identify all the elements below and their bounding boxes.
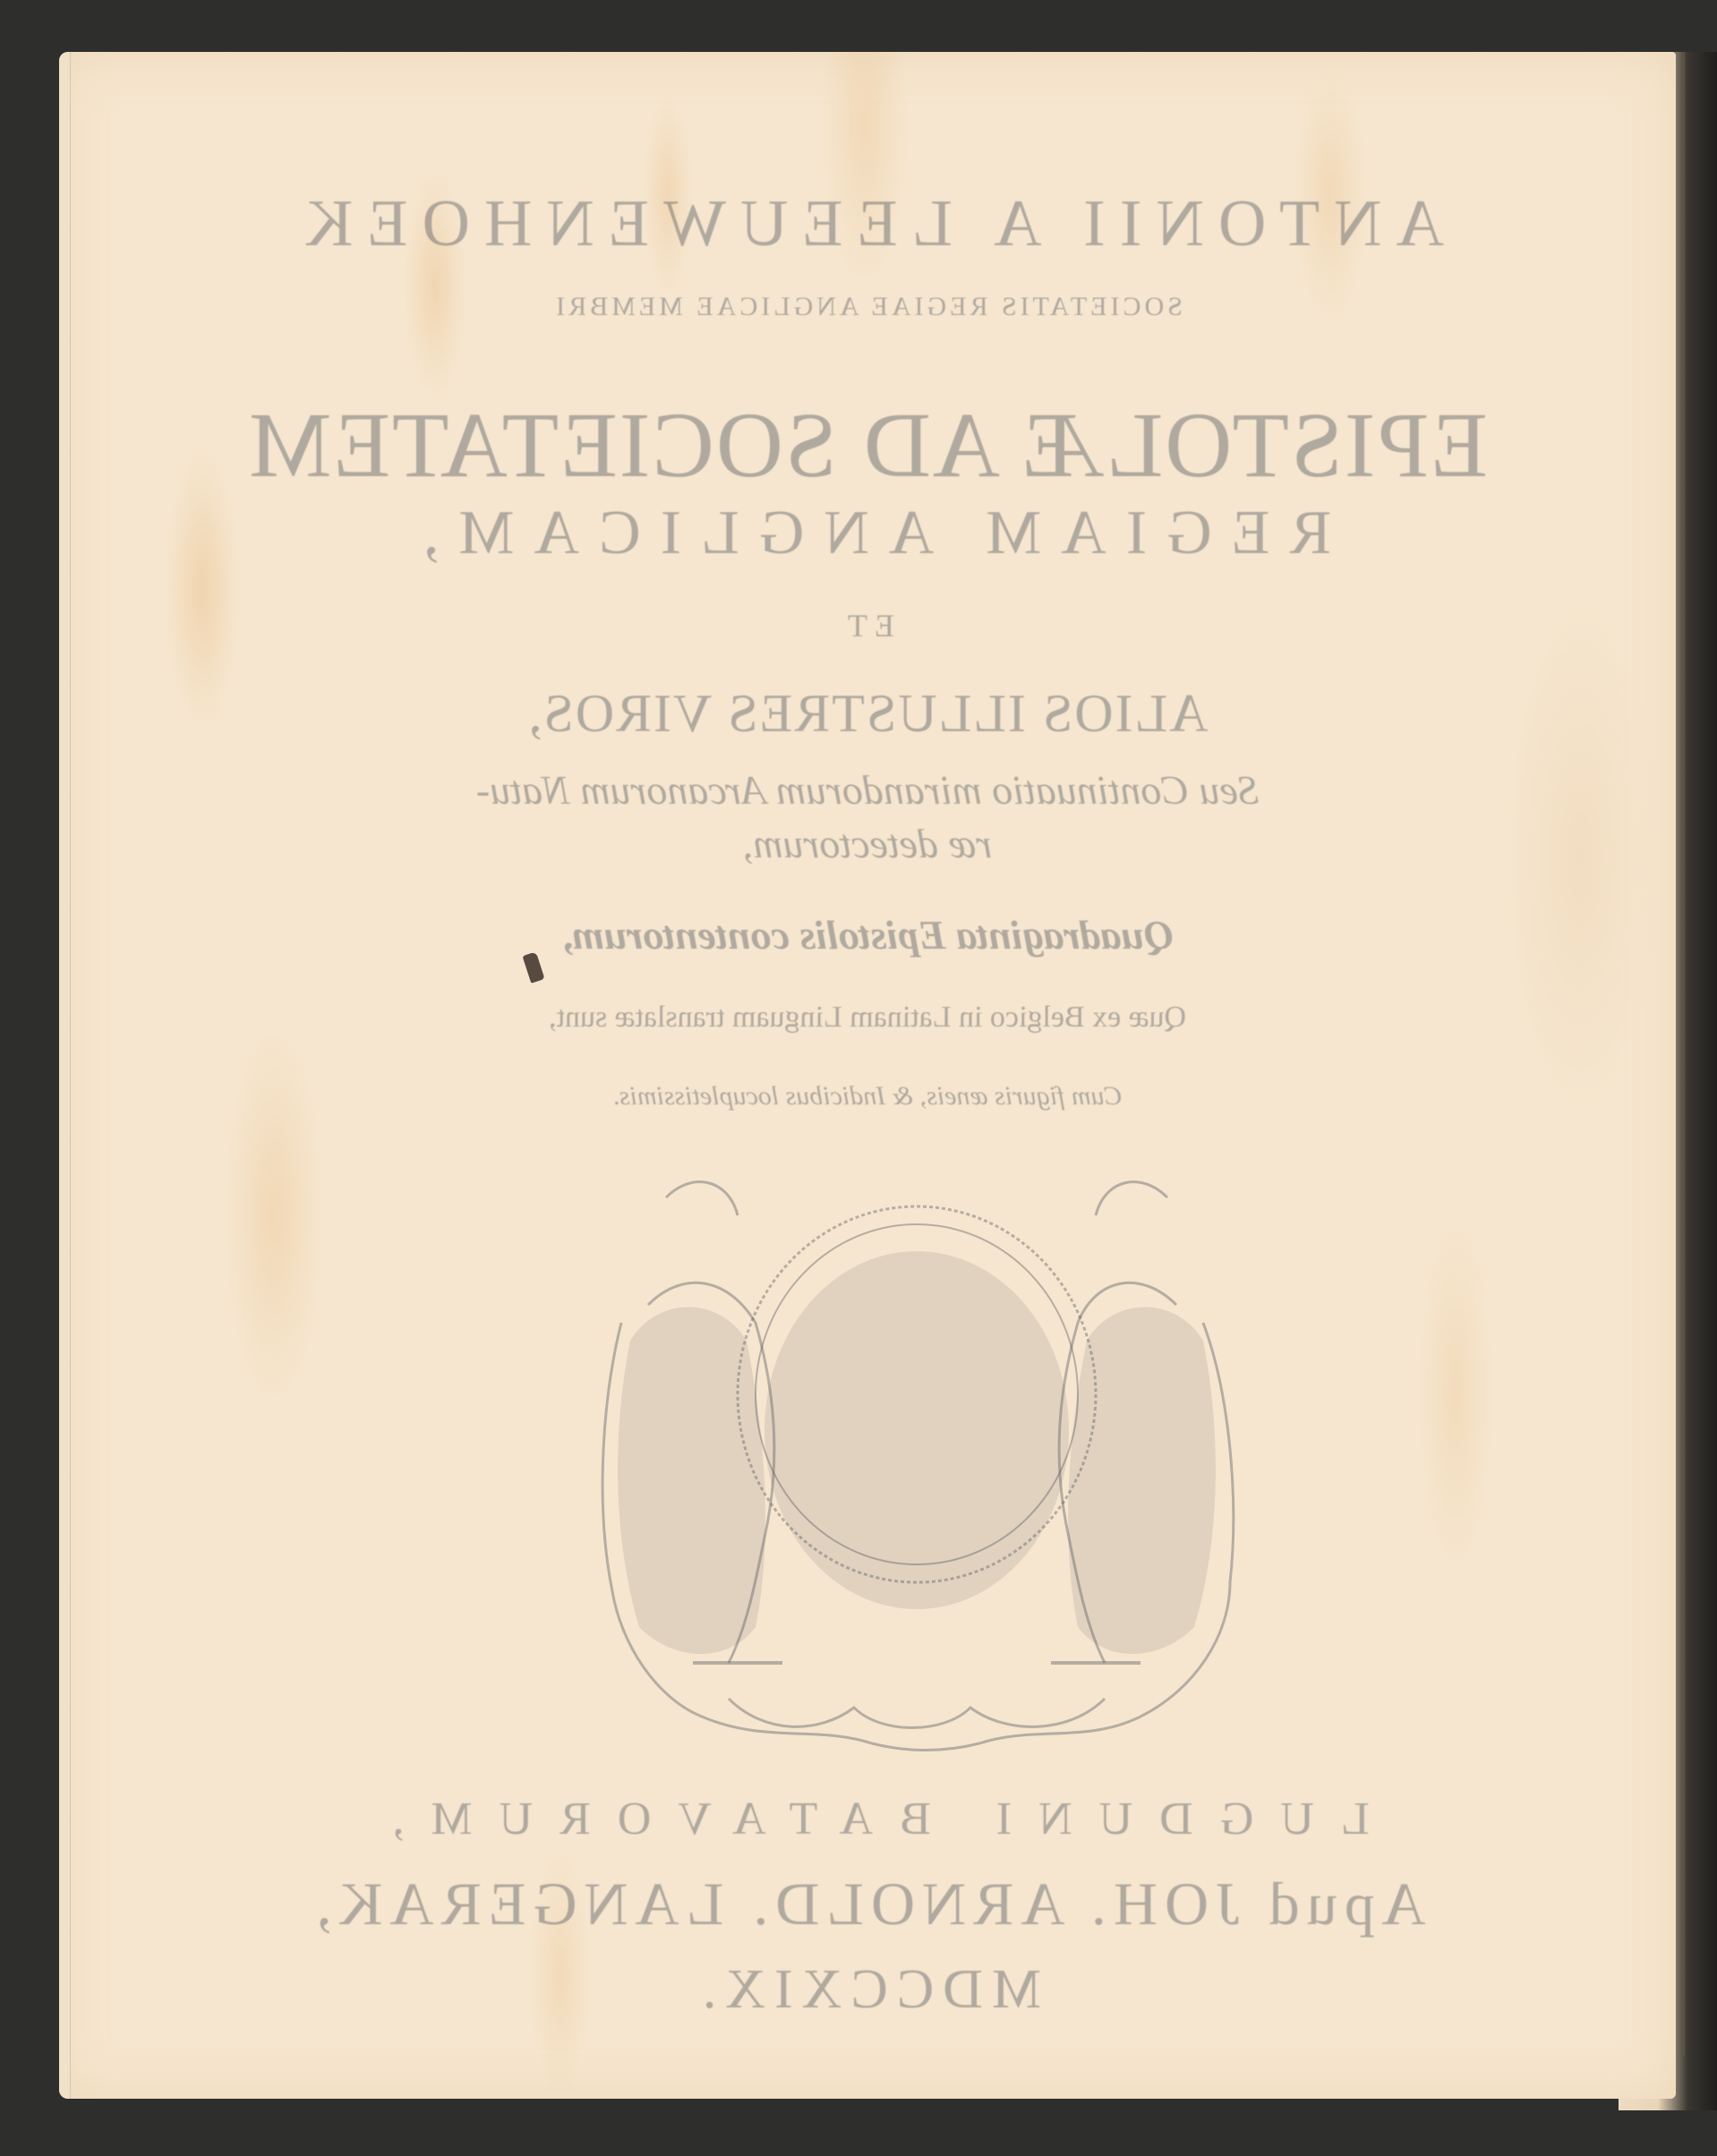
translation-note: Quæ ex Belgico in Latinam Linguam transl… (59, 1001, 1676, 1035)
title-line-3: ALIOS ILLUSTRES VIROS, (59, 683, 1676, 745)
book-page: ANTONII A LEEUWENHOEK SOCIETATIS REGIAE … (59, 52, 1676, 2099)
conjunction-line: ET (59, 607, 1676, 644)
figures-note: Cum figuris æneis, & Indicibus locupleti… (59, 1081, 1676, 1112)
imprint-year: MDCCXIX. (59, 1958, 1676, 2022)
imprint-publisher: Apud JOH. ARNOLD. LANGERAK, (59, 1869, 1676, 1939)
author-role-line: SOCIETATIS REGIAE ANGLICAE MEMBRI (59, 292, 1676, 322)
show-through-text: ANTONII A LEEUWENHOEK SOCIETATIS REGIAE … (59, 52, 1676, 2099)
imprint-city: LUGDUNI BATAVORUM, (59, 1793, 1676, 1845)
author-line: ANTONII A LEEUWENHOEK (59, 186, 1676, 262)
subtitle-line-1: Seu Continuatio mirandorum Arcanorum Nat… (59, 766, 1676, 814)
title-line-2: REGIAM ANGLICAM, (59, 498, 1676, 569)
description-line: Quadraginta Epistolis contentorum, (59, 911, 1676, 959)
page-fold-line (1683, 52, 1685, 2057)
engraved-vignette-icon (550, 1162, 1284, 1770)
title-line-1: EPISTOLÆ AD SOCIETATEM (59, 392, 1676, 499)
subtitle-line-2: ræ detectorum, (59, 820, 1676, 867)
